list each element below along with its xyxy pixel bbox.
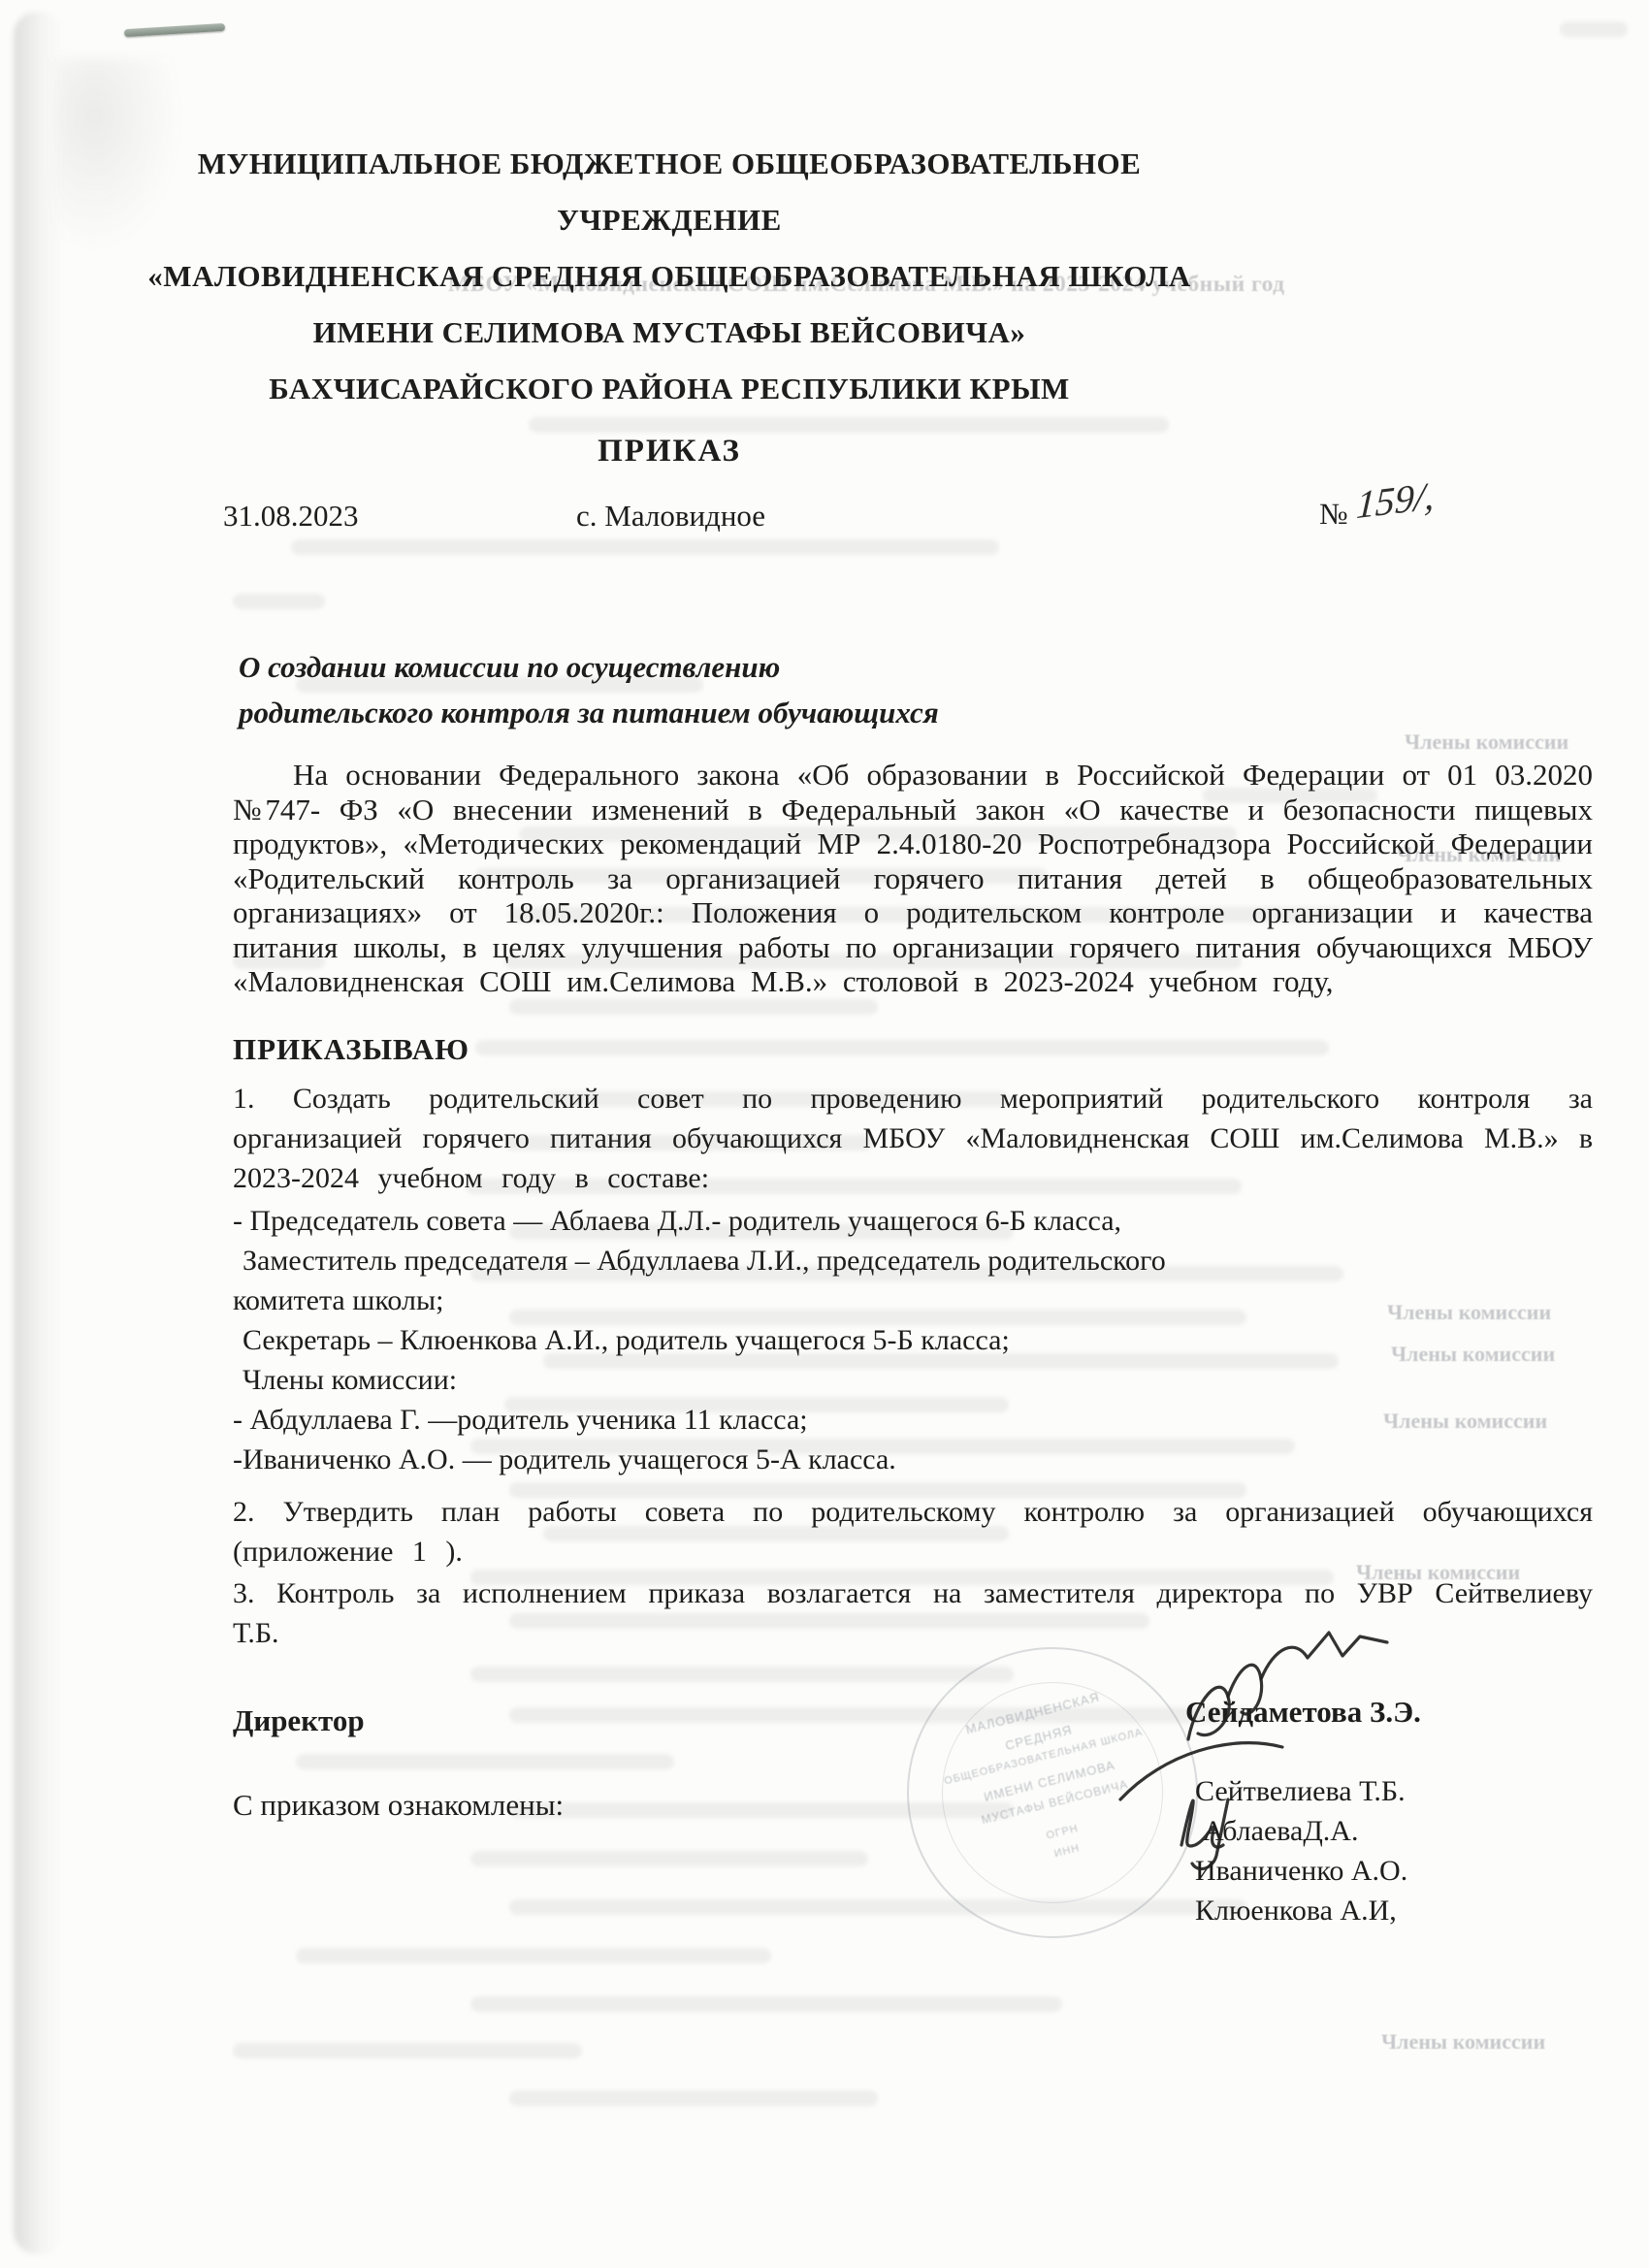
bleedthrough-fragment: Члены комиссии (1405, 729, 1568, 755)
bleedthrough-smudge (1560, 21, 1628, 37)
bleedthrough-smudge (291, 539, 999, 555)
council-member-line: Заместитель председателя – Абдуллаева Л.… (233, 1241, 1166, 1280)
order-preamble: На основании Федерального закона «Об обр… (233, 758, 1593, 999)
bleedthrough-fragment: Члены комиссии (1391, 1342, 1555, 1367)
bleedthrough-smudge (509, 2090, 878, 2106)
bleedthrough-fragment: Члены комиссии (1383, 1409, 1547, 1434)
bleedthrough-smudge (233, 594, 325, 609)
council-member-line: -Иваниченко А.О. — родитель учащегося 5-… (233, 1440, 1166, 1479)
letterhead-line: БАХЧИСАРАЙСКОГО РАЙОНА РЕСПУБЛИКИ КРЫМ (145, 361, 1193, 417)
bleedthrough-smudge (233, 2043, 582, 2058)
letterhead: МУНИЦИПАЛЬНОЕ БЮДЖЕТНОЕ ОБЩЕОБРАЗОВАТЕЛЬ… (145, 136, 1193, 417)
resolution-word: ПРИКАЗЫВАЮ (233, 1032, 469, 1067)
council-member-line: Секретарь – Клюенкова А.И., родитель уча… (233, 1320, 1166, 1360)
bleedthrough-smudge (296, 1948, 771, 1963)
bleedthrough-fragment: Члены комиссии (1387, 1300, 1551, 1325)
council-member-line: - Абдуллаева Г. —родитель ученика 11 кла… (233, 1400, 1166, 1440)
letterhead-line: МУНИЦИПАЛЬНОЕ БЮДЖЕТНОЕ ОБЩЕОБРАЗОВАТЕЛЬ… (145, 136, 1193, 248)
bleedthrough-smudge (475, 1040, 1329, 1055)
council-member-line: Члены комиссии: (233, 1360, 1166, 1400)
director-role-label: Директор (233, 1703, 365, 1738)
order-subject-line: родительского контроля за питанием обуча… (239, 690, 939, 735)
scanned-order-page: МБОУ «Маловидненская СОШ им.Селимова М.В… (0, 0, 1649, 2268)
scan-edge-shadow (14, 12, 64, 2254)
order-title: ПРИКАЗ (145, 434, 1193, 470)
letterhead-line: «МАЛОВИДНЕНСКАЯ СРЕДНЯЯ ОБЩЕОБРАЗОВАТЕЛЬ… (145, 248, 1193, 305)
council-member-line: - Председатель совета — Аблаева Д.Л.- ро… (233, 1201, 1166, 1241)
council-members-list: - Председатель совета — Аблаева Д.Л.- ро… (233, 1201, 1166, 1479)
letterhead-line: ИМЕНИ СЕЛИМОВА МУСТАФЫ ВЕЙСОВИЧА» (145, 305, 1193, 361)
order-number-handwritten: 159/, (1355, 472, 1436, 529)
bleedthrough-smudge (470, 1996, 1062, 2012)
order-subject: О создании комиссии по осуществлению род… (239, 644, 939, 735)
director-signature (1188, 1633, 1387, 1739)
bleedthrough-smudge (470, 1851, 868, 1866)
order-subject-line: О создании комиссии по осуществлению (239, 644, 939, 690)
deputy-signature (1120, 1743, 1282, 1869)
order-date: 31.08.2023 (223, 499, 359, 534)
bleedthrough-smudge (529, 417, 1169, 433)
acknowledgement-label: С приказом ознакомлены: (233, 1788, 564, 1823)
bleedthrough-smudge (296, 1754, 674, 1769)
order-item-1: 1. Создать родительский совет по проведе… (233, 1079, 1593, 1198)
order-item-2: 2. Утвердить план работы совета по родит… (233, 1492, 1593, 1571)
order-place: с. Маловидное (576, 499, 765, 534)
bleedthrough-smudge (509, 999, 878, 1015)
bleedthrough-fragment: Члены комиссии (1381, 2029, 1545, 2055)
order-number-label: № (1319, 497, 1348, 532)
handwritten-signatures (999, 1605, 1416, 1926)
staple-mark (124, 23, 225, 37)
council-member-line: комитета школы; (233, 1280, 1166, 1320)
